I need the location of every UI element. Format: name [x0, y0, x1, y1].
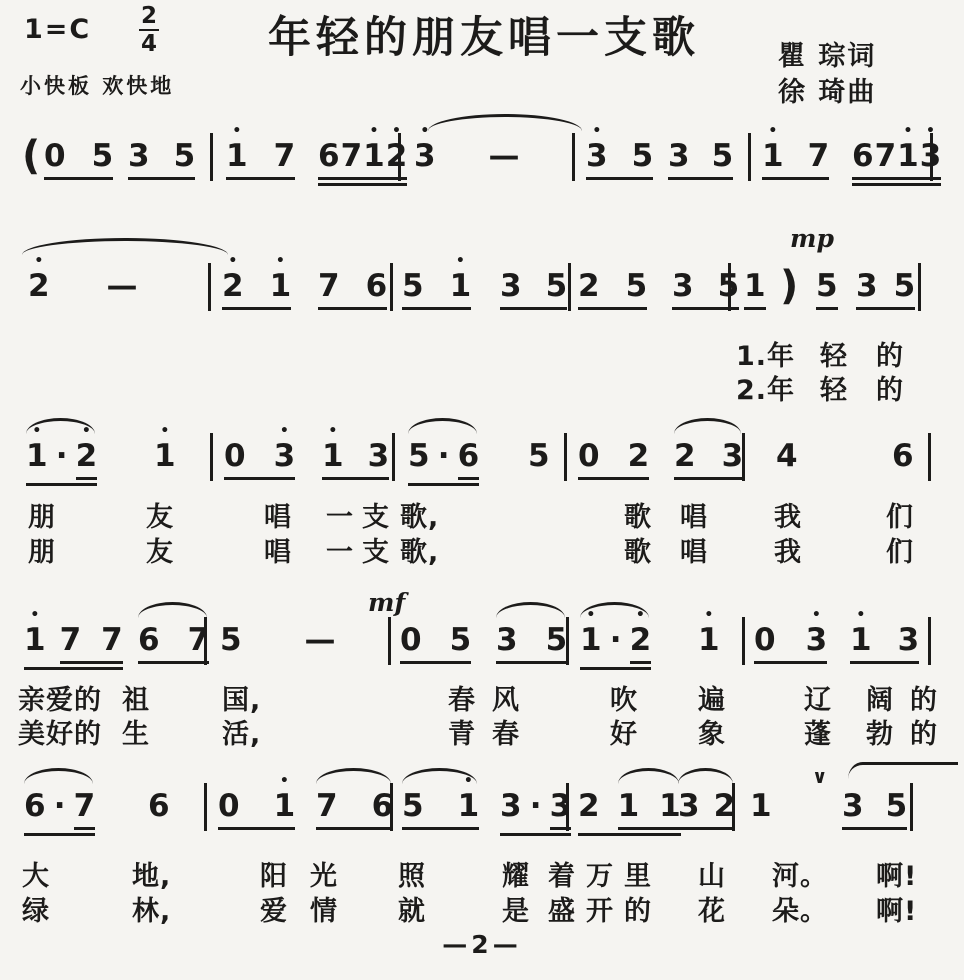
dynamic-marking: mf [368, 588, 405, 617]
barline [398, 133, 401, 181]
note: 2 [578, 268, 600, 304]
music-line-3: •1·•2•10•3•135·65022346 [0, 438, 964, 494]
barline [204, 783, 207, 831]
beam-group: 5•1 [402, 268, 471, 310]
beam-group: 76 [316, 788, 393, 830]
note-number: 0 [754, 622, 776, 658]
lyric-syllable: 啊! [876, 854, 917, 893]
measure-item: 0•1 [218, 788, 295, 830]
note-number: 1 [580, 622, 602, 658]
beam-group: 25 [578, 268, 647, 310]
note: 5 [402, 268, 424, 304]
lyric-syllable: 们 [886, 530, 914, 569]
beam-group: 05 [400, 622, 471, 664]
note: 3 [678, 788, 700, 824]
underline [852, 183, 941, 186]
underline [318, 183, 407, 186]
underline [744, 307, 766, 310]
note-number: 6 [148, 788, 170, 824]
note: 1 [618, 788, 640, 824]
beam-group: 77 [60, 622, 123, 664]
note-number: 3 [128, 138, 150, 174]
beam-group: •17 [762, 138, 829, 180]
barline [208, 263, 211, 311]
measure-item: 23 [674, 438, 743, 480]
measure-item: •13 [850, 622, 919, 664]
beam-row: 35 [128, 138, 195, 174]
beam-row: 5·6 [408, 438, 479, 480]
note: 2 [628, 438, 650, 474]
note: •2 [630, 622, 652, 658]
note-number: 3 [856, 268, 878, 304]
octave-dot: • [363, 125, 385, 137]
dynamic-marking: mp [790, 224, 834, 253]
lyric-syllable: 林, [132, 889, 171, 928]
note-number: 3 [500, 788, 522, 824]
note: 7 [101, 622, 123, 658]
measure-item: •1·•2 [580, 622, 651, 670]
underline [618, 827, 681, 830]
beam-row: 5•1 [402, 788, 479, 824]
underline [842, 827, 907, 830]
measure-item: 4 [776, 438, 798, 474]
music-line-2: •2—•2•1765•13525351)535 [0, 268, 964, 324]
lyric-syllable: 就 [398, 889, 426, 928]
note: •1 [270, 268, 292, 304]
underline [402, 307, 471, 310]
note-number: 3 [722, 438, 744, 474]
beam-row: 67 [138, 622, 209, 658]
note-number: — [489, 138, 520, 174]
octave-dot: • [24, 609, 46, 621]
note-number: — [305, 622, 336, 658]
lyric-syllable: 万 [586, 854, 614, 893]
measure-item: 0•3 [224, 438, 295, 480]
note: •1 [458, 788, 480, 824]
note-number: 6 [24, 788, 46, 824]
lyric-syllable: 支 [362, 495, 390, 534]
note-number: 1 [618, 788, 640, 824]
note: 7 [808, 138, 830, 174]
note: 5 [632, 138, 654, 174]
lyric-syllable: 大 [22, 854, 50, 893]
note-number: 3 [672, 268, 694, 304]
beam-group: 3·3 [500, 788, 571, 836]
beam-group: 5•1 [402, 788, 479, 830]
beam-row: 0•3 [754, 622, 827, 658]
lyric-syllable: 唱 [264, 530, 292, 569]
barline [742, 617, 745, 665]
note: 5 [894, 268, 916, 304]
lyric-syllable: 唱 [264, 495, 292, 534]
note: 6 [458, 438, 480, 474]
underline [24, 833, 95, 836]
note: 1 [744, 268, 766, 304]
measure-item: •3 [414, 138, 436, 174]
rest-note: 0 [754, 622, 776, 658]
note-number: 5 [174, 138, 196, 174]
note-number: 5 [402, 268, 424, 304]
beam-row: 23 [674, 438, 743, 474]
octave-dot: • [850, 609, 872, 621]
augmentation-dot: · [438, 438, 450, 474]
slur-arc [24, 768, 93, 784]
note-number: 7 [316, 788, 338, 824]
note: 6 [318, 138, 340, 174]
note: •1 [274, 788, 296, 824]
beam-row: 35 [500, 268, 567, 304]
beam-row: 1 [744, 268, 766, 304]
measure-item: — [298, 622, 342, 658]
lyric-syllable: 着 [548, 854, 576, 893]
note-number: 4 [776, 438, 798, 474]
note-number: 3 [368, 438, 390, 474]
lyric-row-8: 绿林,爱情就是盛开的花朵。啊! [0, 889, 964, 925]
note-number: · [438, 438, 450, 474]
beam-group: 1 [744, 268, 766, 310]
slur-arc [428, 114, 582, 131]
note-number: 5 [220, 622, 242, 658]
underline [754, 661, 827, 664]
beam-group: •1·•2 [580, 622, 651, 670]
note: •1 [698, 622, 720, 658]
beam-row: 11 [618, 788, 681, 824]
beam-row: 6 [458, 438, 480, 474]
note: 6 [892, 438, 914, 474]
barline [930, 133, 933, 181]
note: •1 [226, 138, 248, 174]
note-number: 7 [60, 622, 82, 658]
octave-dot: • [586, 125, 608, 137]
note: 7 [875, 138, 897, 174]
lyric-row-7: 大地,阳光照耀着万里山河。啊! [0, 854, 964, 890]
note: •3 [806, 622, 828, 658]
note: 5 [816, 268, 838, 304]
note: 3 [668, 138, 690, 174]
beam-row: 32 [678, 788, 735, 824]
note-number: 6 [892, 438, 914, 474]
note: 3 [842, 788, 864, 824]
note-number: 2 [674, 438, 696, 474]
note: •3 [586, 138, 608, 174]
beam-group: 35 [856, 268, 915, 310]
note-number: 5 [546, 622, 568, 658]
lyric-syllable: 支 [362, 530, 390, 569]
barline [732, 783, 735, 831]
music-line-1: (0535•1767•1•2•3—•3535•1767•1•3 [0, 138, 964, 194]
underline [674, 477, 743, 480]
note-number: 2 [222, 268, 244, 304]
note-number: 0 [218, 788, 240, 824]
beam-group: 35 [128, 138, 195, 180]
note-number: 5 [816, 268, 838, 304]
beam-row: •2 [630, 622, 652, 658]
note: 6 [148, 788, 170, 824]
underline [458, 477, 480, 480]
measure-item: 5 [220, 622, 242, 658]
note-number: 7 [808, 138, 830, 174]
beam-row: •1·•2 [26, 438, 97, 480]
measure-item: 35 [500, 268, 567, 310]
lyric-syllable: 友 [146, 495, 174, 534]
beam-group: 0•3 [224, 438, 295, 480]
lyric-syllable: 好 [610, 712, 638, 751]
beam-group: •13 [850, 622, 919, 664]
note: 5 [92, 138, 114, 174]
measure-item: 211 [578, 788, 681, 836]
beam-row: •177 [24, 622, 123, 664]
beam-row: 211 [578, 788, 681, 830]
underline [668, 177, 733, 180]
note-number: 2 [578, 268, 600, 304]
beam-row: 7 [74, 788, 96, 824]
octave-dot: • [322, 425, 344, 437]
beam-row: 02 [578, 438, 649, 474]
rest-note: 0 [224, 438, 246, 474]
measure-item: 02 [578, 438, 649, 480]
beam-group: •177 [24, 622, 123, 670]
note-number: 1 [24, 622, 46, 658]
dash-note: — [100, 268, 144, 304]
beam-group: 5 [816, 268, 838, 310]
measure-item: •1 [154, 438, 176, 474]
note-number: 5 [632, 138, 654, 174]
note: •1 [897, 138, 919, 174]
note-number: 5 [546, 268, 568, 304]
note: 2 [674, 438, 696, 474]
lyric-syllable: 照 [398, 854, 426, 893]
note-number: — [107, 268, 138, 304]
note: 3 [368, 438, 390, 474]
note-number: 3 [496, 622, 518, 658]
lyric-syllable: 我 [774, 495, 802, 534]
note-number: 5 [626, 268, 648, 304]
note-number: 2 [630, 622, 652, 658]
beam-row: 76 [316, 788, 393, 824]
parenthesis: ( [22, 133, 40, 179]
beam-group: 6·7 [24, 788, 95, 836]
beam-group: 35 [496, 622, 567, 664]
lyric-syllable: 生 [122, 712, 150, 751]
measure-item: 6 [148, 788, 170, 824]
note: 7 [274, 138, 296, 174]
underline [578, 307, 647, 310]
note: 7 [341, 138, 363, 174]
measure-item: •1 [698, 622, 720, 658]
barline [928, 433, 931, 481]
measure-item: 76 [318, 268, 387, 310]
rest-note: 0 [578, 438, 600, 474]
note: 3 [856, 268, 878, 304]
lyric-syllable: 是 [502, 889, 530, 928]
beam-group: •13 [322, 438, 389, 480]
measure-item: •2 [28, 268, 50, 304]
beam-group: 02 [578, 438, 649, 480]
slur-arc [138, 602, 207, 618]
score-area: (0535•1767•1•2•3—•3535•1767•1•3•2—•2•176… [0, 0, 964, 980]
underline [500, 833, 571, 836]
lyric-syllable: 朵。 [772, 889, 828, 928]
beam-row: 77 [60, 622, 123, 658]
slur-arc [678, 768, 733, 784]
measure-item: 6·7 [24, 788, 95, 836]
measure-item: 32 [678, 788, 735, 830]
augmentation-dot: · [54, 788, 66, 824]
note-number: 5 [402, 788, 424, 824]
beam-row: •13 [850, 622, 919, 658]
note: 3 [672, 268, 694, 304]
note-number: 2 [28, 268, 50, 304]
underline [226, 177, 295, 180]
slur-arc [408, 418, 477, 434]
beam-row: •2•1 [222, 268, 291, 304]
measure-item: 0•3 [754, 622, 827, 664]
barline [388, 617, 391, 665]
lyric-syllable: 我 [774, 530, 802, 569]
beam-row: •35 [586, 138, 653, 174]
note-number: 7 [101, 622, 123, 658]
note: 5 [546, 268, 568, 304]
lyric-row-4: 朋友唱一支歌,歌唱我们 [0, 530, 964, 566]
barline [204, 617, 207, 665]
octave-dot: • [154, 425, 176, 437]
augmentation-dot: · [530, 788, 542, 824]
lyric-syllable: 歌, [400, 495, 439, 534]
beam-row: •17 [762, 138, 829, 174]
beam-row: •2 [76, 438, 98, 474]
beam-group: 76 [318, 268, 387, 310]
beam-group: 35 [842, 788, 907, 830]
underline [316, 827, 393, 830]
beam-group: 23 [674, 438, 743, 480]
note-number: 1 [762, 138, 784, 174]
octave-dot: • [226, 125, 248, 137]
beam-group: 0•3 [754, 622, 827, 664]
underline [586, 177, 653, 180]
lyric-row-6: 美好的生活,青春好象蓬勃的 [0, 712, 964, 748]
barline [564, 433, 567, 481]
beam-row: 67•1•2 [318, 138, 407, 174]
note-number: 2 [628, 438, 650, 474]
octave-dot: • [274, 425, 296, 437]
note-number: 7 [875, 138, 897, 174]
note-number: · [530, 788, 542, 824]
measure-item: 35 [856, 268, 915, 310]
sheet-music-page: 1=C 2 4 年轻的朋友唱一支歌 瞿 琮词 徐 琦曲 小快板 欢快地 (053… [0, 0, 964, 980]
beam-group: 35 [500, 268, 567, 310]
lyric-syllable: 们 [886, 495, 914, 534]
measure-item: 5 [528, 438, 550, 474]
beam-row: 35 [856, 268, 915, 304]
note-number: 6 [318, 138, 340, 174]
beam-group: 11 [618, 788, 681, 830]
note: 5 [886, 788, 908, 824]
note-number: 6 [366, 268, 388, 304]
note: 3 [500, 268, 522, 304]
beam-row: 0•3 [224, 438, 295, 474]
beam-group: •1·•2 [26, 438, 97, 486]
measure-item: 1 [744, 268, 766, 310]
measure-item: 35 [668, 138, 733, 180]
lyric-syllable: 朋 [28, 530, 56, 569]
note: •2 [222, 268, 244, 304]
beam-group: 32 [678, 788, 735, 830]
dash-note: — [298, 622, 342, 658]
note-number: 7 [318, 268, 340, 304]
lyric-row-3: 朋友唱一支歌,歌唱我们 [0, 495, 964, 531]
note: •2 [386, 138, 408, 174]
beam-row: •1·•2 [580, 622, 651, 664]
octave-dot: • [897, 125, 919, 137]
lyric-syllable: 绿 [22, 889, 50, 928]
note-number: 1 [26, 438, 48, 474]
beam-row: 5•1 [402, 268, 471, 304]
note-number: 3 [274, 438, 296, 474]
note-number: 1 [226, 138, 248, 174]
note: •1 [154, 438, 176, 474]
lyric-syllable: 2.年 [736, 368, 795, 407]
note: •1 [450, 268, 472, 304]
note: 5 [450, 622, 472, 658]
barline [210, 433, 213, 481]
beam-group: •2 [76, 438, 98, 480]
measure-item: 35 [496, 622, 567, 664]
music-line-4: •177675—0535•1·•2•10•3•13 [0, 622, 964, 678]
beam-group: 6 [458, 438, 480, 480]
beam-group: 211 [578, 788, 681, 836]
octave-dot: • [270, 255, 292, 267]
note-number: 1 [450, 268, 472, 304]
note-number: 1 [744, 268, 766, 304]
lyric-syllable: 花 [698, 889, 726, 928]
note: 5 [626, 268, 648, 304]
note-number: 3 [668, 138, 690, 174]
note-number: · [54, 788, 66, 824]
barline [210, 133, 213, 181]
beam-row: 25 [578, 268, 647, 304]
measure-item: 25 [578, 268, 647, 310]
note: 3 [500, 788, 522, 824]
note-number: 5 [408, 438, 430, 474]
lyric-syllable: 啊! [876, 889, 917, 928]
barline [918, 263, 921, 311]
slur-arc [618, 768, 679, 784]
underline [26, 483, 97, 486]
lyric-syllable: 轻 [820, 368, 848, 407]
measure-item: — [482, 138, 526, 174]
lyric-syllable: 歌 [624, 495, 652, 534]
note-number: 1 [897, 138, 919, 174]
octave-dot: • [806, 609, 828, 621]
barline [742, 433, 745, 481]
lyric-syllable: 山 [698, 854, 726, 893]
note: 5 [408, 438, 430, 474]
lyric-syllable: 唱 [680, 495, 708, 534]
octave-dot: • [222, 255, 244, 267]
beam-group: •2•1 [222, 268, 291, 310]
underline [76, 477, 98, 480]
note-number: 7 [74, 788, 96, 824]
measure-item: •35 [586, 138, 653, 180]
measure-item: 67 [138, 622, 209, 664]
slur-arc [22, 238, 228, 255]
note-number: 2 [578, 788, 600, 824]
note-number: 3 [898, 622, 920, 658]
underline [400, 661, 471, 664]
lyric-row-2: 2.年轻的 [0, 368, 964, 404]
note: 3 [496, 622, 518, 658]
note: •3 [414, 138, 436, 174]
